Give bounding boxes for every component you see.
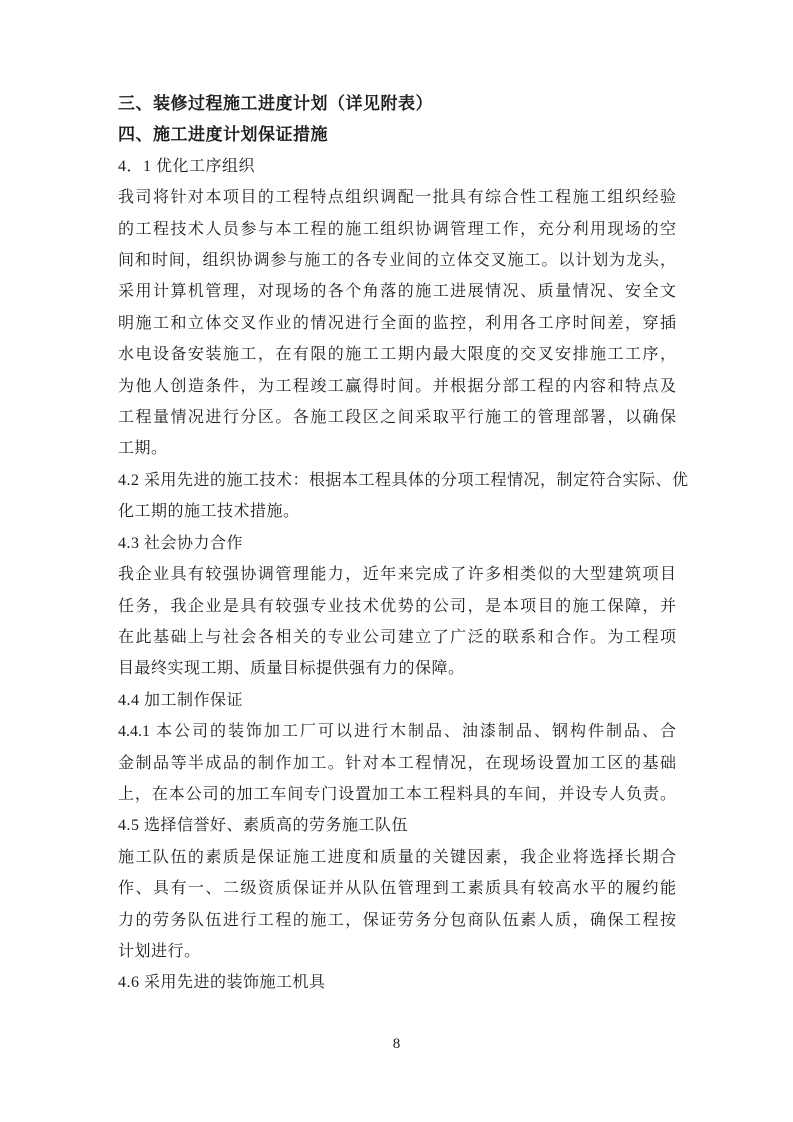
text-line: 间和时间，组织协调参与施工的各专业间的立体交叉施工。以计划为龙头， [118, 245, 676, 276]
text-line: 上，在本公司的加工车间专门设置加工本工程料具的车间，并设专人负责。 [118, 779, 676, 810]
text-line: 4.2 采用先进的施工技术：根据本工程具体的分项工程情况，制定符合实际、优 [118, 465, 676, 496]
text-line: 工期。 [118, 433, 676, 464]
text-line: 我司将针对本项目的工程特点组织调配一批具有综合性工程施工组织经验 [118, 182, 676, 213]
text-line: 4.6 采用先进的装饰施工机具 [118, 967, 676, 998]
text-line: 4.3 社会协力合作 [118, 528, 676, 559]
text-line: 力的劳务队伍进行工程的施工，保证劳务分包商队伍素人质，确保工程按 [118, 905, 676, 936]
text-line: 作、具有一、二级资质保证并从队伍管理到工素质具有较高水平的履约能 [118, 873, 676, 904]
text-line: 化工期的施工技术措施。 [118, 496, 676, 527]
text-line: 明施工和立体交叉作业的情况进行全面的监控，利用各工序时间差，穿插 [118, 308, 676, 339]
text-line: 金制品等半成品的制作加工。针对本工程情况，在现场设置加工区的基础 [118, 748, 676, 779]
section-heading: 四、施工进度计划保证措施 [118, 119, 676, 150]
text-line: 水电设备安装施工，在有限的施工工期内最大限度的交叉安排施工工序， [118, 339, 676, 370]
text-line: 采用计算机管理，对现场的各个角落的施工进展情况、质量情况、安全文 [118, 276, 676, 307]
document-page: 三、装修过程施工进度计划（详见附表）四、施工进度计划保证措施4．1 优化工序组织… [0, 0, 793, 1122]
text-line: 的工程技术人员参与本工程的施工组织协调管理工作，充分利用现场的空 [118, 214, 676, 245]
text-line: 4.4 加工制作保证 [118, 685, 676, 716]
text-line: 计划进行。 [118, 936, 676, 967]
section-heading: 三、装修过程施工进度计划（详见附表） [118, 88, 676, 119]
text-line: 工程量情况进行分区。各施工段区之间采取平行施工的管理部署，以确保 [118, 402, 676, 433]
text-line: 任务，我企业是具有较强专业技术优势的公司，是本项目的施工保障，并 [118, 591, 676, 622]
document-body: 三、装修过程施工进度计划（详见附表）四、施工进度计划保证措施4．1 优化工序组织… [118, 88, 676, 999]
text-line: 为他人创造条件，为工程竣工赢得时间。并根据分部工程的内容和特点及 [118, 371, 676, 402]
text-line: 目最终实现工期、质量目标提供强有力的保障。 [118, 653, 676, 684]
page-number: 8 [0, 1036, 793, 1053]
text-line: 4．1 优化工序组织 [118, 151, 676, 182]
text-line: 4.4.1 本公司的装饰加工厂可以进行木制品、油漆制品、钢构件制品、合 [118, 716, 676, 747]
text-line: 我企业具有较强协调管理能力，近年来完成了许多相类似的大型建筑项目 [118, 559, 676, 590]
text-line: 施工队伍的素质是保证施工进度和质量的关键因素，我企业将选择长期合 [118, 842, 676, 873]
text-line: 4.5 选择信誉好、素质高的劳务施工队伍 [118, 810, 676, 841]
text-line: 在此基础上与社会各相关的专业公司建立了广泛的联系和合作。为工程项 [118, 622, 676, 653]
